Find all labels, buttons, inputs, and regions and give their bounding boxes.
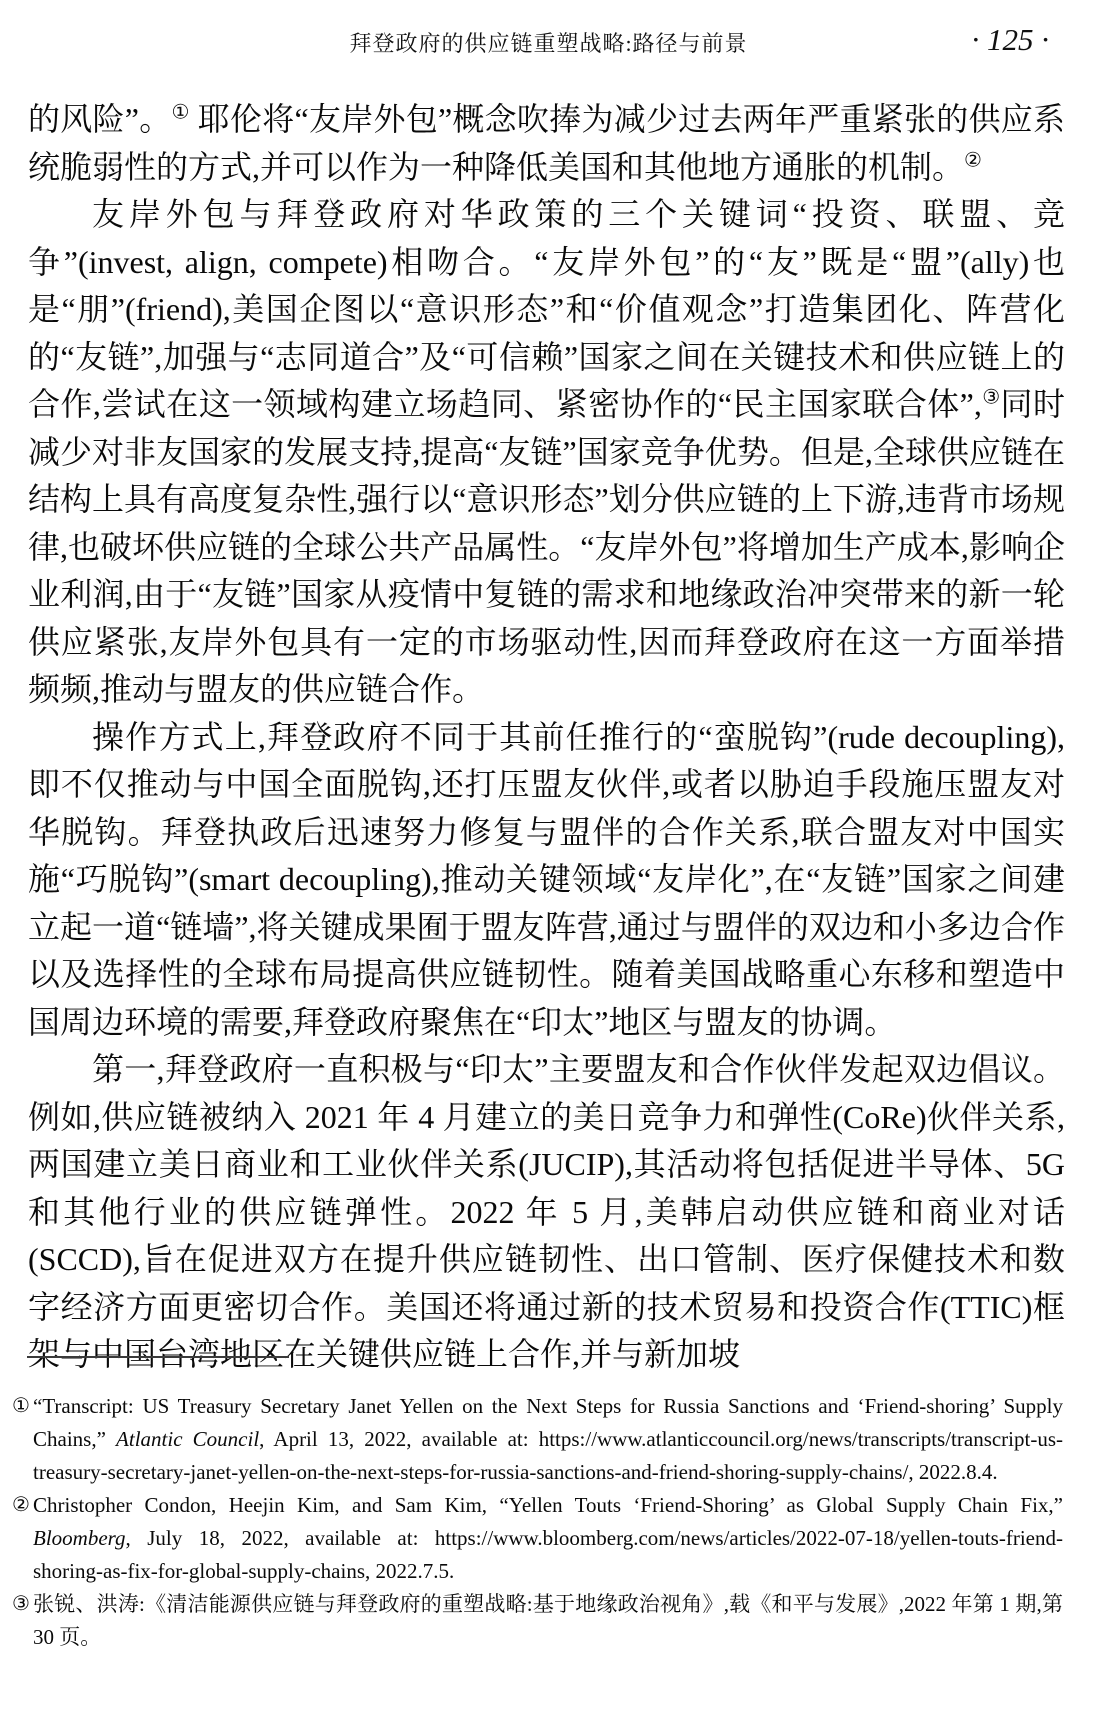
footnote-text: 张锐、洪涛:《清洁能源供应链与拜登政府的重塑战略:基于地缘政治视角》,载《和平与… xyxy=(33,1592,1063,1649)
footnote-item: ③张锐、洪涛:《清洁能源供应链与拜登政府的重塑战略:基于地缘政治视角》,载《和平… xyxy=(12,1588,1063,1654)
paragraph: 第一,拜登政府一直积极与“印太”主要盟友和合作伙伴发起双边倡议。例如,供应链被纳… xyxy=(28,1046,1065,1379)
footnote-separator xyxy=(27,1356,289,1358)
paragraph: 的风险”。① 耶伦将“友岸外包”概念吹捧为减少过去两年严重紧张的供应系统脆弱性的… xyxy=(28,96,1065,191)
footnote-ref: ① xyxy=(171,101,189,123)
footnote-text: Christopher Condon, Heejin Kim, and Sam … xyxy=(33,1493,1063,1583)
footnote-item: ②Christopher Condon, Heejin Kim, and Sam… xyxy=(12,1489,1063,1588)
footnote-ref: ② xyxy=(964,149,982,171)
article-body: 的风险”。① 耶伦将“友岸外包”概念吹捧为减少过去两年严重紧张的供应系统脆弱性的… xyxy=(28,96,1065,1379)
page-number: · 125 · xyxy=(972,22,1050,58)
running-head-title: 拜登政府的供应链重塑战略:路径与前景 xyxy=(0,27,1097,58)
footnote-number: ③ xyxy=(12,1588,30,1621)
footnote-ref: ③ xyxy=(982,386,1001,408)
footnote-text: “Transcript: US Treasury Secretary Janet… xyxy=(33,1394,1063,1484)
footnote-item: ①“Transcript: US Treasury Secretary Jane… xyxy=(12,1390,1063,1489)
footnote-number: ② xyxy=(12,1489,30,1522)
footnote-number: ① xyxy=(12,1390,30,1423)
paragraph: 友岸外包与拜登政府对华政策的三个关键词“投资、联盟、竞争”(invest, al… xyxy=(28,191,1065,714)
paragraph: 操作方式上,拜登政府不同于其前任推行的“蛮脱钩”(rude decoupling… xyxy=(28,714,1065,1047)
document-page: 拜登政府的供应链重塑战略:路径与前景 · 125 · 的风险”。① 耶伦将“友岸… xyxy=(0,0,1097,1713)
footnotes-list: ①“Transcript: US Treasury Secretary Jane… xyxy=(12,1390,1063,1654)
